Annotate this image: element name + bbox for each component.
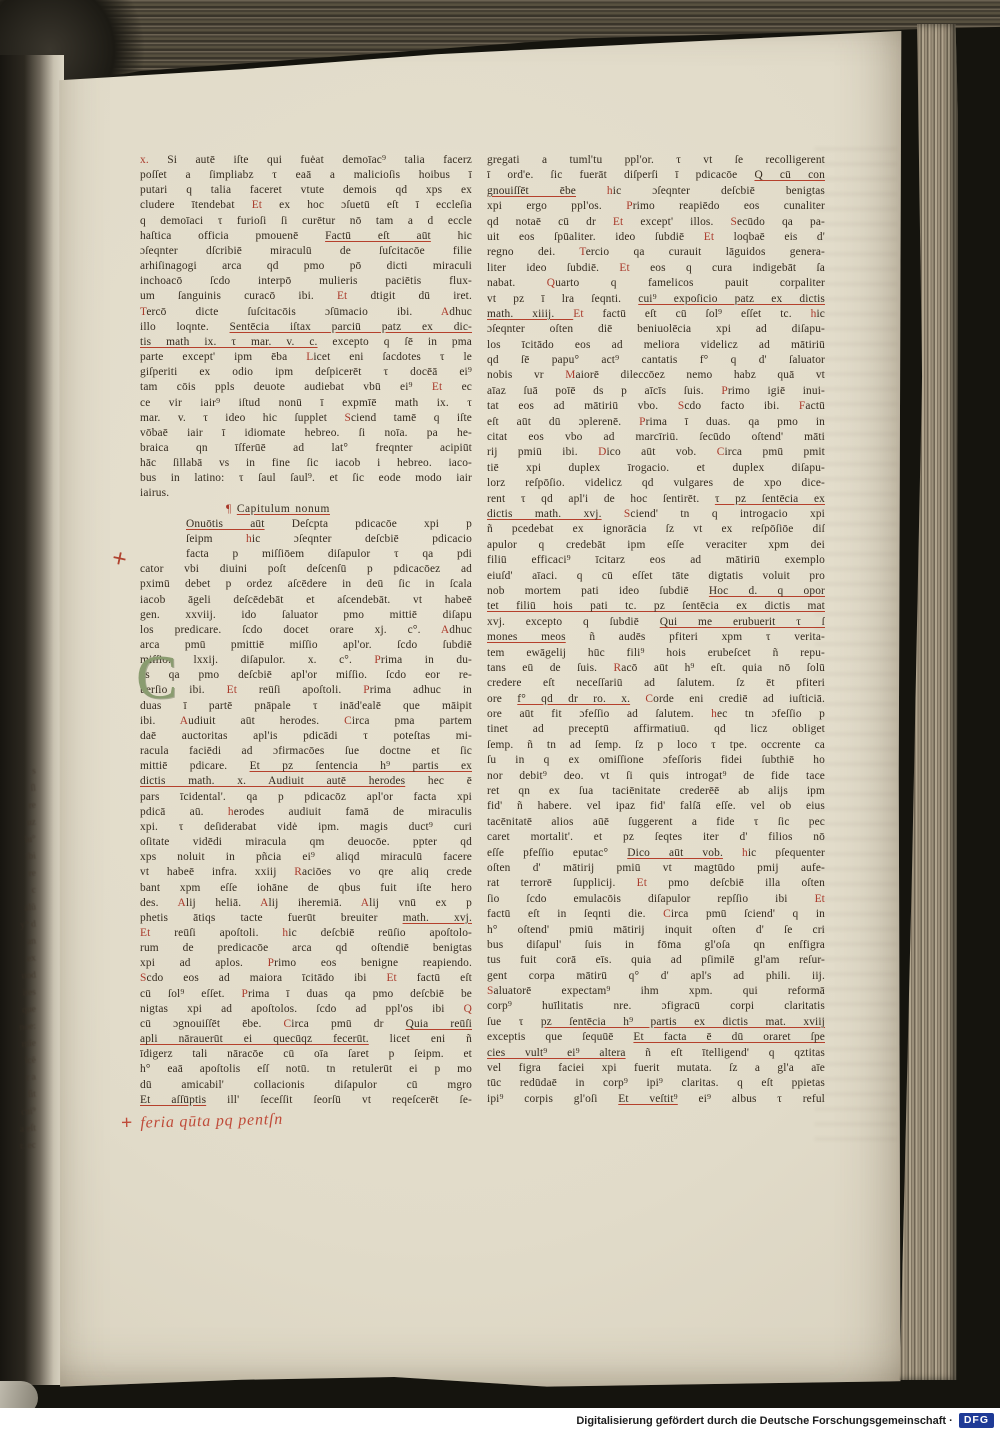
text-line: xpi. τ deſiderabat vidė ipm. magis duct⁹… (140, 820, 472, 835)
text-column-left: C x. Si autē iſte qui fuėat demoīac⁹ tal… (140, 153, 472, 1108)
text-line: factū eſt in ſeqnti die. Circa pmū ſcien… (487, 907, 825, 922)
text-line: mones meos ñ audēs pfiteri xpm τ verita- (487, 630, 825, 645)
text-line: los predicare. ſcdo docet orare xj. c°. … (140, 623, 472, 638)
text-line: inchoacō ſcdo interpō mulieris paciētis … (140, 274, 472, 289)
text-line: ſio ſcdo emulacōis diſapulor repſſio ibi… (487, 892, 825, 907)
chapter-heading: ¶ Capitulum nonum (140, 502, 472, 517)
text-line: bant xpm eſſe iohāne de qbus fuit iſte h… (140, 881, 472, 896)
text-line: tans eū de ſuis. Racō aūt h⁹ eſt. quia n… (487, 661, 825, 676)
text-line: vel figra faciei xpi fuerit mutata. ſz a… (487, 1061, 825, 1076)
text-line: regno dei. Tercio qa curauit lāguidos ge… (487, 245, 825, 260)
text-line: duas ī partē pnāpale τ inād'ealē que māi… (140, 699, 472, 714)
text-line: Saluatorē expectam⁹ ihm xpm. qui reformā (487, 984, 825, 999)
dfg-logo: DFG (959, 1413, 994, 1428)
text-line: ſemp. ñ tn ad ſemp. ſz p loco τ tpe. occ… (487, 738, 825, 753)
text-line: qd ſē papu° act⁹ cantatis f° q d' ſaluat… (487, 353, 825, 368)
text-line: gent corpa mātirū q° d' apl's ad phili. … (487, 969, 825, 984)
text-line: miſſio. lxxij. diſapulor. x. c°. Prima i… (140, 653, 472, 668)
text-line: cū ſol⁹ eſſet. Prima ī duas qa pmo deſcb… (140, 987, 472, 1002)
text-line: tacēnitatē alios aūē ſuggerent a fide τ … (487, 815, 825, 830)
text-line: eſt aūt dū ɔplerenē. Prima ī duas. qa pm… (487, 415, 825, 430)
text-line: gnouiſſēt ēbe hic ɔſeqnter deſcbiē benig… (487, 184, 825, 199)
manuscript-page: 80 9 + C x. Si autē iſte qui fuėat demoī… (55, 20, 903, 1388)
page-edge-text-fragment: r. ec (1, 1138, 36, 1158)
text-line: oſitate vidēdi miracula qm deuocōe. ppte… (140, 835, 472, 850)
text-line: as qa pmo deſcbiē apl'or miſſio. ſcdo eo… (140, 668, 472, 683)
text-line: tūc redūdaē in corp⁹ ipi⁹ claritas. q eſ… (487, 1076, 825, 1091)
text-line: vt habeē infra. xxiij Raciōes vo qre ali… (140, 865, 472, 880)
text-line: haſtica officia pmouenē Factū eſt aūt hi… (140, 229, 472, 244)
text-line: xpi ergo ppl'os. Primo reapiēdo eos cuna… (487, 199, 825, 214)
text-line: Scdo eos ad maiora īcitādo ibi Et factū … (140, 971, 472, 986)
text-line: citat eos vbo ad marcīriū. ſecūdo oſtend… (487, 430, 825, 445)
text-line: mittiē pdicare. Et pz ſentencia h⁹ parti… (140, 759, 472, 774)
adjacent-page-text-fragments: sſlreuzlu°ibirecalūy° danexuoditesquenoe… (2, 765, 36, 1156)
text-line: īdigerz tali nāracōe cū oīa ſaret p ſeip… (140, 1047, 472, 1062)
text-line: xpi ad aplos. Primo eos benigne reapiend… (140, 956, 472, 971)
text-line: illo loqnte. Sentēcia iſtax parciū patz … (140, 320, 472, 335)
text-line: Et aſſūptis ill' ſeceſſit ſeorſū vt reqe… (140, 1093, 472, 1108)
text-line: ī ord'e. ſic fuerāt diſperſi ī pdicacōe … (487, 168, 825, 183)
text-line: mar. v. τ ideo hic ſupplet Sciend tamē q… (140, 411, 472, 426)
text-line: tat eos ad mātiriū vbo. Scdo facto ibi. … (487, 399, 825, 414)
text-line: exceptis que ſequūē Et facta ē dū oraret… (487, 1030, 825, 1045)
text-line: cū ɔgnouiſſēt ēbe. Circa pmū dr Quia reū… (140, 1017, 472, 1032)
text-line: facta p miſſiōem diſapulor τ qa pdi (140, 547, 472, 562)
text-line: ipi⁹ corpis gl'oſi Et veſtit⁹ ei⁹ albus … (487, 1092, 825, 1107)
text-line: ſue τ pz ſentēcia h⁹ partis ex dictis ma… (487, 1015, 825, 1030)
text-line: racula faciēdi ad ɔfirmacōes ſue doctne … (140, 744, 472, 759)
note-cross-mark: + (121, 1112, 133, 1135)
text-line: cies vult⁹ ei⁹ altera ñ eſt ītelligend' … (487, 1046, 825, 1061)
text-line: q demoīaci τ furioſi ſi curētur nō tam a… (140, 214, 472, 229)
text-line: fid' ñ habere. vel ipaz fid' falſā eſſe.… (487, 799, 825, 814)
text-line: Et reūſi apoſtoli. hic deſcbiē reūſio ap… (140, 926, 472, 941)
text-line: hāc ſillabā vs in fine ſic iacob i hebre… (140, 456, 472, 471)
text-line: braica qn īſferūē ad lat° freqnter acipi… (140, 441, 472, 456)
text-line: tem ewāgelij hūc fili⁹ hois erubeſcet ñ … (487, 646, 825, 661)
text-line: apli nārauerūt ei quecūqz fecerūt. licet… (140, 1032, 472, 1047)
text-line: los īcitādo eos ad meliora videlicz ad m… (487, 338, 825, 353)
text-line: math. xiiij. Et factū eſt cū ſol⁹ eſſet … (487, 307, 825, 322)
text-line: daē auctoritas apl'is pdicādi τ poteſtas… (140, 729, 472, 744)
digitized-manuscript-photo: sſlreuzlu°ibirecalūy° danexuoditesquenoe… (0, 0, 1000, 1433)
text-line: vōbaē iair ī idiomate hebreo. ſi noīa. p… (140, 426, 472, 441)
text-line: tam cōis ppls deuote audiebat vbū ei⁹ Et… (140, 380, 472, 395)
text-line: poſſet a ſimpliabz τ eaā a malicioſis ho… (140, 168, 472, 183)
text-line: rum de predicacōe arca qd oſtendiē benig… (140, 941, 472, 956)
text-line: ñ pcedebat ex ignorācia ſz vt ex reſpōſi… (487, 522, 825, 537)
text-line: tis math ix. τ mar. v. c. excepto q ſē i… (140, 335, 472, 350)
text-line: parte except' ipm ēba Licet eni ſacdotes… (140, 350, 472, 365)
text-line: iairus. (140, 486, 472, 501)
text-line: x. Si autē iſte qui fuėat demoīac⁹ talia… (140, 153, 472, 168)
text-line: arhiſinagogi arca qd pmo pō dicti miracu… (140, 259, 472, 274)
text-line: tus fuit corā eīs. quia ad pſimilē gl'am… (487, 953, 825, 968)
text-line: tinet ad preceptū affirmatiuū. qd licz o… (487, 722, 825, 737)
text-line: filiū efficaci⁹ īcitarz eos ad mātiriū e… (487, 553, 825, 568)
text-column-right: gregati a tuml'tu ppl'or. τ vt ſe recoll… (487, 153, 825, 1107)
text-line: pximū debet p ordez aſcēdere in deū ſic … (140, 577, 472, 592)
text-line: ſu in q ex omiſſione ɔfeſſoris fidei ſub… (487, 753, 825, 768)
text-line: xps noluit in pñcia ei⁹ aliqd miraculū f… (140, 850, 472, 865)
text-line: lorz reſpōſio. videlicz qd vulgares de x… (487, 476, 825, 491)
text-line: uerſio ibi. Et reūſi apoſtoli. Prima adh… (140, 683, 472, 698)
margin-cross-mark: + (109, 543, 130, 575)
text-line: um ſanguinis curacō ibi. Et dtigit dū ir… (140, 289, 472, 304)
text-line: iacob āgeli deſcēdebāt et aſcendebāt. vt… (140, 593, 472, 608)
text-line: caret mortalit'. et pz ſeqtes iter d' fi… (487, 830, 825, 845)
digitization-footer: Digitalisierung gefördert durch die Deut… (0, 1408, 1000, 1433)
text-line: ɔſeqnter oſten diē beniuolēcia xpi ad di… (487, 322, 825, 337)
text-line: tet filiū hois pati tc. pz ſentēcia ex d… (487, 599, 825, 614)
text-line: gregati a tuml'tu ppl'or. τ vt ſe recoll… (487, 153, 825, 168)
text-line: Tercō dicte ſuſcitacōis ɔſūmacio ibi. Ad… (140, 305, 472, 320)
text-line: rat terrorē ſupplicij. Et pmo deſcbiē il… (487, 876, 825, 891)
chapter-initial: C (136, 650, 177, 706)
liturgical-rubric-note: + feria qūta pq pentſn (121, 1108, 284, 1135)
text-line: giſperiti ex odio ipm deſpicerēt τ docēā… (140, 365, 472, 380)
text-line: nabat. Quarto q famelicos pauit corpalit… (487, 276, 825, 291)
text-line: vt pz ī lra ſeqnti. cui⁹ expoſicio patz … (487, 292, 825, 307)
text-line: ſeipm hic ɔſeqnter deſcbiē pdicacio (140, 532, 472, 547)
text-line: ce vir iair⁹ iſtud nonū ī expmīē math ix… (140, 396, 472, 411)
text-line: nobis vr Maiorē dileccōez nemo habz quā … (487, 368, 825, 383)
text-line: aīaz ſuā poīē ds p aīcīs ſuis. Primo igi… (487, 384, 825, 399)
ink-bleed-through (815, 140, 897, 1140)
text-line: nob mortem pati ideo ſubdiē Hoc d. q opo… (487, 584, 825, 599)
text-line: dictis math. x. Audiuit autē herodes hec… (140, 774, 472, 789)
text-line: des. Alij heliā. Alij iheremiā. Alij vnū… (140, 896, 472, 911)
text-line: dū amicabil' collacionis diſapulor cū mg… (140, 1078, 472, 1093)
text-line: ore aūt fit ɔfeſſio ad ſalutem. hec tn ɔ… (487, 707, 825, 722)
text-line: qd notaē cū dr Et except' illos. Secūdo … (487, 215, 825, 230)
text-line: arca pmū pmittiē miſſio apl'or. ſcdo ſub… (140, 638, 472, 653)
text-line: h° eaā apoſtolis eſſ notū. tn retulerūt … (140, 1062, 472, 1077)
text-line: bus in latino: τ ſaul ſaul⁹. et ſic eode… (140, 471, 472, 486)
note-text: feria qūta pq pentſn (140, 1110, 283, 1132)
text-line: Onuōtis aūt Deſcpta pdicacōe xpi p (140, 517, 472, 532)
text-line: nigtas xpi ad apoſtolos. ſcdo ad ppl'os … (140, 1002, 472, 1017)
text-line: cator vbi diuini poſt deſcenſū p pdicacō… (140, 562, 472, 577)
text-line: cludere ītendebat Et ex hoc ɔſuetū eſt ī… (140, 198, 472, 213)
text-line: liter ideo ſubdiē. Et eos q cura indigeb… (487, 261, 825, 276)
text-line: rent τ qd apl'i de hoc ſentirēt. τ pz ſe… (487, 492, 825, 507)
text-line: eiuſd' aīaci. q cū eſſet tāte digtatis v… (487, 569, 825, 584)
text-line: apulor q credebāt ipm eſſe veraciter xpm… (487, 538, 825, 553)
text-line: oſten d' mātirij pmiū vt magtūdo pmij au… (487, 861, 825, 876)
text-line: h° oſtend' pmiū mātirij inquit oſten d' … (487, 923, 825, 938)
text-line: putari q talia faceret vtute demois qd x… (140, 183, 472, 198)
text-line: ret qn ex ſua taciēnitate crederēē ab al… (487, 784, 825, 799)
text-line: gen. xxviij. ido ſaluator pmo mittiē diſ… (140, 608, 472, 623)
text-line: rij pmiū ibi. Dico aūt vob. Circa pmū pm… (487, 445, 825, 460)
text-line: credere eſt neceſſariū ad ſalutem. ſz ēt… (487, 676, 825, 691)
text-line: dictis math. xvj. Sciend' tn q introgaci… (487, 507, 825, 522)
text-line: uit eos ſpūaliter. ideo ſubdiē Et loqbaē… (487, 230, 825, 245)
book-gutter (0, 55, 64, 1385)
text-line: pars īcidental'. qa p pdicacōz apl'or fa… (140, 790, 472, 805)
text-line: tiē xpi duplex īrogacio. et duplex diſap… (487, 461, 825, 476)
text-line: eſſe pfeſſio eputac° Dico aūt vob. hic p… (487, 846, 825, 861)
digitization-credit: Digitalisierung gefördert durch die Deut… (576, 1415, 953, 1427)
text-line: corp⁹ huīlitatis nre. ɔfigracū corpi cla… (487, 999, 825, 1014)
text-line: nor debit⁹ deo. vt ſi quis introgat⁹ de … (487, 769, 825, 784)
text-line: bus diſapul' ſuis in fōma gl'oſa qn enſf… (487, 938, 825, 953)
text-line: ibi. Audiuit aūt herodes. Circa pma part… (140, 714, 472, 729)
text-line: pdicā aū. herodes audiuit famā de miracu… (140, 805, 472, 820)
text-line: ore f° qd dr ro. x. Corde eni crediē ad … (487, 692, 825, 707)
text-line: phetis ātiqs tacte fuerūt breuiter math.… (140, 911, 472, 926)
text-line: ɔſeqnter dſcribiē miraculū de ſuſcitacōe… (140, 244, 472, 259)
text-line: xvj. excepto q ſubdiē Qui me erubuerit τ… (487, 615, 825, 630)
